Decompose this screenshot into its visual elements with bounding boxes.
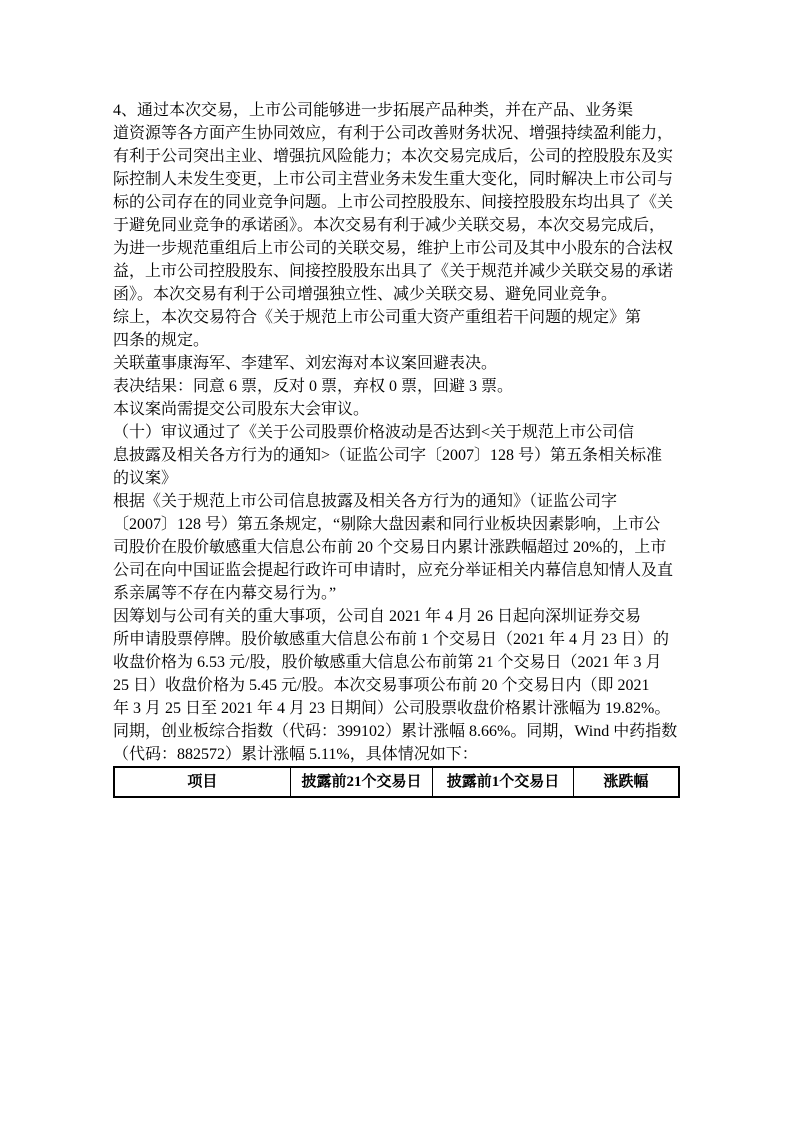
table-header-cell: 披露前1个交易日 — [433, 767, 574, 797]
paragraph-line: 同期，创业板综合指数（代码：399102）累计涨幅 8.66%。同期，Wind … — [113, 718, 680, 741]
table-header-cell: 披露前21个交易日 — [290, 767, 432, 797]
paragraph-line: 为进一步规范重组后上市公司的关联交易，维护上市公司及其中小股东的合法权 — [113, 235, 680, 258]
document-page: 4、通过本次交易，上市公司能够进一步拓展产品种类，并在产品、业务渠道资源等各方面… — [0, 0, 793, 1122]
document-content: 4、通过本次交易，上市公司能够进一步拓展产品种类，并在产品、业务渠道资源等各方面… — [113, 97, 680, 798]
table-header-cell: 项目 — [114, 767, 290, 797]
table-header-cell: 涨跌幅 — [573, 767, 679, 797]
paragraph-line: 益，上市公司控股股东、间接控股股东出具了《关于规范并减少关联交易的承诺 — [113, 258, 680, 281]
paragraph-line: 所申请股票停牌。股价敏感重大信息公布前 1 个交易日（2021 年 4 月 23… — [113, 626, 680, 649]
paragraph-line: 根据《关于规范上市公司信息披露及相关各方行为的通知》（证监公司字 — [113, 488, 680, 511]
paragraph-line: 息披露及相关各方行为的通知>（证监公司字〔2007〕128 号）第五条相关标准 — [113, 442, 680, 465]
price-comparison-table: 项目披露前21个交易日披露前1个交易日涨跌幅 — [113, 766, 680, 798]
paragraph-line: 综上，本次交易符合《关于规范上市公司重大资产重组若干问题的规定》第 — [113, 304, 680, 327]
paragraph-line: 4、通过本次交易，上市公司能够进一步拓展产品种类，并在产品、业务渠 — [113, 97, 680, 120]
paragraph-line: 〔2007〕128 号）第五条规定，“剔除大盘因素和同行业板块因素影响，上市公 — [113, 511, 680, 534]
paragraph-line: 关联董事康海军、李建军、刘宏海对本议案回避表决。 — [113, 350, 680, 373]
paragraph-line: （代码：882572）累计涨幅 5.11%，具体情况如下： — [113, 741, 680, 764]
paragraph-line: 的议案》 — [113, 465, 680, 488]
paragraph-line: 道资源等各方面产生协同效应，有利于公司改善财务状况、增强持续盈利能力， — [113, 120, 680, 143]
paragraph-line: 本议案尚需提交公司股东大会审议。 — [113, 396, 680, 419]
paragraph-line: 函》。本次交易有利于公司增强独立性、减少关联交易、避免同业竞争。 — [113, 281, 680, 304]
paragraph-line: 25 日）收盘价格为 5.45 元/股。本次交易事项公布前 20 个交易日内（即… — [113, 672, 680, 695]
paragraph-line: 四条的规定。 — [113, 327, 680, 350]
paragraph-line: 系亲属等不存在内幕交易行为。” — [113, 580, 680, 603]
paragraph-line: 标的公司存在的同业竞争问题。上市公司控股股东、间接控股股东均出具了《关 — [113, 189, 680, 212]
paragraph-line: 年 3 月 25 日至 2021 年 4 月 23 日期间）公司股票收盘价格累计… — [113, 695, 680, 718]
paragraph-line: （十）审议通过了《关于公司股票价格波动是否达到<关于规范上市公司信 — [113, 419, 680, 442]
paragraph-line: 际控制人未发生变更，上市公司主营业务未发生重大变化，同时解决上市公司与 — [113, 166, 680, 189]
paragraph-line: 司股价在股价敏感重大信息公布前 20 个交易日内累计涨跌幅超过 20%的，上市 — [113, 534, 680, 557]
paragraph-line: 于避免同业竞争的承诺函》。本次交易有利于减少关联交易，本次交易完成后， — [113, 212, 680, 235]
paragraph-line: 因筹划与公司有关的重大事项，公司自 2021 年 4 月 26 日起向深圳证券交… — [113, 603, 680, 626]
paragraph-line: 公司在向中国证监会提起行政许可申请时，应充分举证相关内幕信息知情人及直 — [113, 557, 680, 580]
paragraph-line: 有利于公司突出主业、增强抗风险能力；本次交易完成后，公司的控股股东及实 — [113, 143, 680, 166]
paragraph-line: 表决结果：同意 6 票，反对 0 票，弃权 0 票，回避 3 票。 — [113, 373, 680, 396]
table-header-row: 项目披露前21个交易日披露前1个交易日涨跌幅 — [114, 767, 679, 797]
paragraph-line: 收盘价格为 6.53 元/股，股价敏感重大信息公布前第 21 个交易日（2021… — [113, 649, 680, 672]
